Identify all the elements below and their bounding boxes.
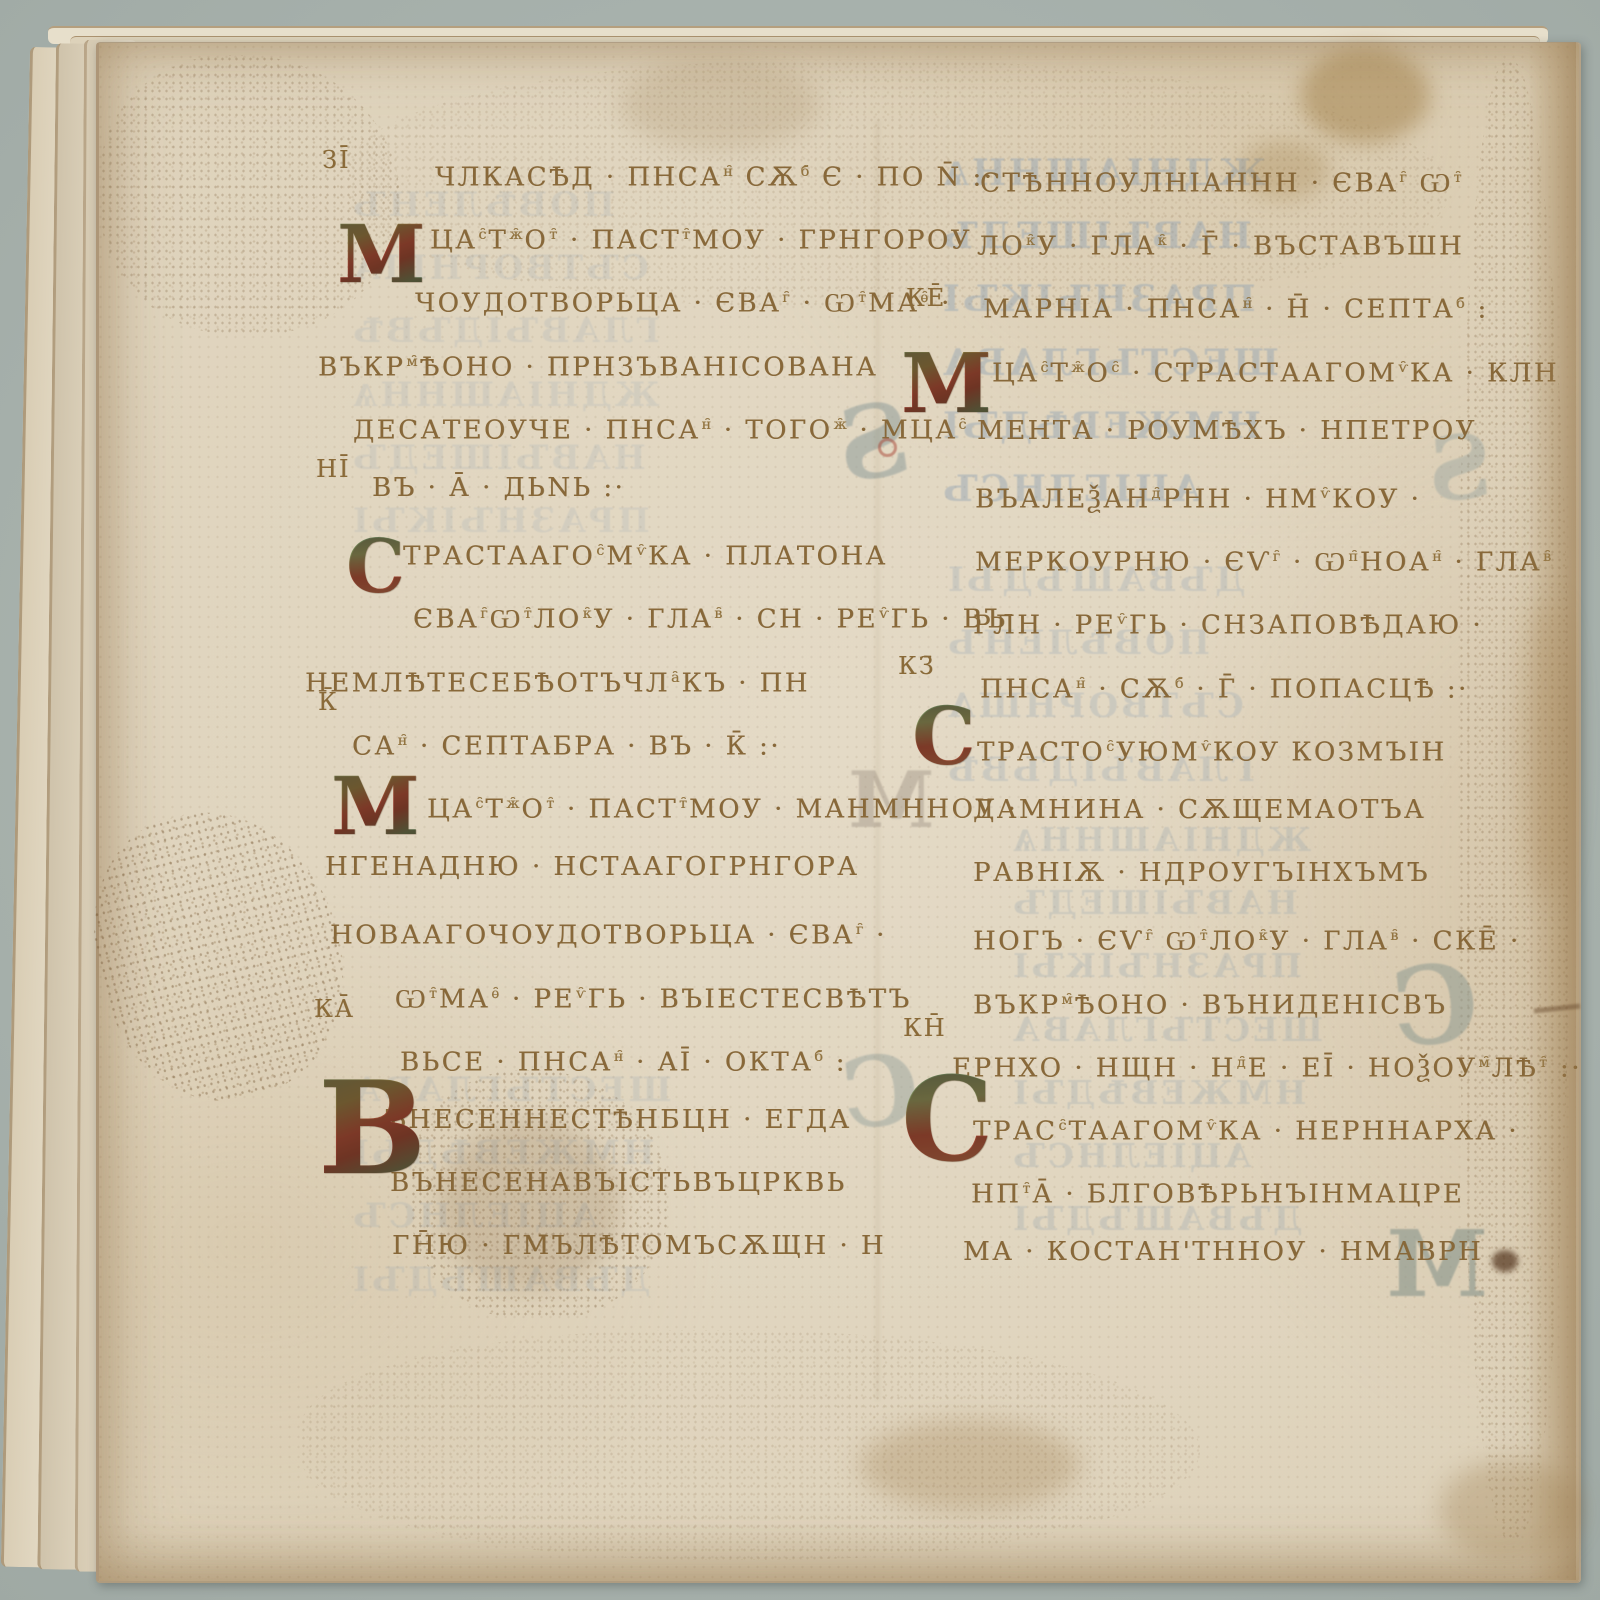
- superscript-letter: с̑: [475, 796, 484, 812]
- manuscript-text-line: ВЪКРм̑ѢОНО · ВЪНИДЕНІСВЪ: [973, 980, 1447, 1026]
- manuscript-text-line: НОВААГОЧОУДОТВОРЬЦА · ЄВАг̑ ·: [330, 910, 887, 956]
- superscript-letter: ж̑: [833, 417, 847, 433]
- manuscript-text-line: ВЪКРм̑ѢОНО · ПРНЗЪВАНІСОВАНА: [318, 342, 878, 388]
- superscript-letter: в̑: [714, 606, 723, 622]
- margin-day-number: НІ̄: [316, 455, 350, 483]
- decorated-initial: С: [901, 1068, 993, 1172]
- page-right-edge-shading: [1528, 42, 1576, 1580]
- manuscript-text-line: ЄВАг̑Ѡт̑ЛОк̑У · ГЛАв̑ · СН · РЕѵ̑ГЬ · ВЪ: [413, 594, 1007, 640]
- manuscript-text-line: ЦАс̑Тж̑От̑ · ПАСТт̑МОУ · МАНМННОУ ·: [427, 784, 1018, 830]
- superscript-letter: ѵ̑: [1206, 1118, 1217, 1134]
- parchment-stain: [1492, 1250, 1518, 1272]
- superscript-letter: ѵ̑: [1398, 360, 1409, 376]
- superscript-letter: б̑: [1175, 676, 1185, 692]
- superscript-letter: м̑: [406, 354, 418, 370]
- superscript-letter: к̑: [1158, 233, 1168, 249]
- manuscript-text-line: МАРНІА · ПНСАн̑ · Н̄ · СЕПТАб̑ :: [983, 284, 1489, 330]
- manuscript-text-line: ТРАСТААГОс̑Мѵ̑КА · ПЛАТОНА: [403, 531, 888, 577]
- decorated-initial: С: [912, 700, 976, 772]
- superscript-letter: н̑: [398, 733, 409, 749]
- superscript-letter: н̑: [1076, 676, 1087, 692]
- superscript-letter: ѵ̑: [1201, 739, 1212, 755]
- superscript-letter: т̑: [858, 290, 867, 306]
- superscript-letter: г̑: [1273, 549, 1282, 565]
- superscript-letter: к̑: [1259, 928, 1269, 944]
- superscript-letter: к̑: [583, 606, 593, 622]
- superscript-letter: б̑: [1456, 296, 1466, 312]
- superscript-letter: д̑: [1237, 1055, 1247, 1071]
- manuscript-text-line: РЛ̄Н · РЕѵ̑ГЬ · СНЗАПОВѢДАЮ ·: [973, 600, 1483, 646]
- superscript-letter: в̑: [1390, 928, 1399, 944]
- superscript-letter: н̑: [1243, 296, 1254, 312]
- superscript-letter: н̑: [1432, 549, 1443, 565]
- superscript-letter: с̑: [596, 543, 605, 559]
- manuscript-text-line: ЧЛКАСѢД · ПНСАн̑ СѪб̑ Є · ПО N̄ :·: [435, 152, 994, 198]
- manuscript-text-line: ДАМНИНА · СѪЩЕМАОТЪА: [973, 790, 1426, 830]
- manuscript-text-line: НЕМЛѢТЕСЕБѢОТЪЧЛа̑КЪ · ПН: [305, 658, 810, 704]
- superscript-letter: т̑: [682, 227, 691, 243]
- superscript-letter: ж̑: [1071, 360, 1085, 376]
- superscript-letter: а̑: [671, 670, 681, 686]
- superscript-letter: т̑: [429, 986, 438, 1002]
- margin-day-number: КЗ̄: [898, 652, 936, 680]
- superscript-letter: д̑: [1152, 486, 1162, 502]
- manuscript-text-line: МА · КОСТАН'ТННОУ · НМАВРН: [963, 1232, 1483, 1272]
- manuscript-text-line: ЦАс̑Тж̑Ос̑ · СТРАСТААГОМѵ̑КА · КЛН: [992, 348, 1559, 394]
- manuscript-text-line: ВЬСЕ · ПНСАн̑ · АІ̄ · ОКТАб̑ :: [400, 1037, 847, 1083]
- superscript-letter: м̑: [1061, 992, 1073, 1008]
- superscript-letter: ж̑: [506, 796, 520, 812]
- superscript-letter: г̑: [480, 606, 489, 622]
- superscript-letter: г̑: [1399, 170, 1408, 186]
- superscript-letter: т̑: [549, 227, 558, 243]
- decorated-initial: В: [318, 1072, 426, 1187]
- manuscript-text-line: ЛОк̑У · ГЛАк̑ · Г̄ · ВЪСТАВЪШН: [977, 221, 1464, 267]
- superscript-letter: ѵ̑: [1320, 486, 1331, 502]
- superscript-letter: б̑: [801, 164, 811, 180]
- manuscript-text-line: ВЪ · А̄ · ДЬNЬ :·: [372, 468, 625, 508]
- manuscript-text-line: СТѢННОУЛНІАННН · ЄВАг̑ Ѡт̑: [980, 158, 1464, 204]
- manuscript-text-line: ТРАСс̑ТААГОМѵ̑КА · НЕРННАРХА ·: [973, 1106, 1519, 1152]
- superscript-letter: ѵ̑: [879, 606, 890, 622]
- superscript-letter: т̑: [546, 796, 555, 812]
- superscript-letter: с̑: [478, 227, 487, 243]
- decorated-initial: С: [346, 534, 405, 601]
- superscript-letter: г̑: [1145, 928, 1154, 944]
- parchment-stain: [1300, 48, 1430, 143]
- superscript-letter: т̑: [1022, 1181, 1031, 1197]
- margin-day-number: КН̄: [903, 1014, 947, 1042]
- manuscript-text-line: ДЕСАТЕОУЧЕ · ПНСАн̑ · ТОГОж̑ · МЦАс̑: [353, 405, 968, 451]
- bleed-through-red-dot: [878, 438, 897, 457]
- superscript-letter: н̑: [614, 1049, 625, 1065]
- superscript-letter: т̑: [1200, 928, 1209, 944]
- manuscript-text-line: ТРАСТОс̑УЮМѵ̑КОУ КОЗМЪІН: [977, 727, 1447, 773]
- photo-backdrop: ЖДНІАШННѦНАВЪІШЕДЪПРАЗНЪІКЪІШЕСТЪГЛАВАНМ…: [0, 0, 1600, 1600]
- superscript-letter: с̑: [1111, 360, 1120, 376]
- manuscript-text-line: ЪНЕСЕННЕСТѢНБЦН · ЕГДА: [385, 1100, 852, 1140]
- superscript-letter: н̑: [701, 417, 712, 433]
- manuscript-text-line: ЕРНХО · НЩН · Нд̑Е · ЕІ̄ · НОѮОУм̑ЛѢт̑ :…: [952, 1043, 1582, 1089]
- margin-day-number: КА̄: [314, 995, 355, 1023]
- superscript-letter: ѵ̑: [636, 543, 647, 559]
- superscript-letter: б̑: [814, 1049, 824, 1065]
- superscript-letter: ѵ̑: [1117, 612, 1128, 628]
- margin-day-number: К̄: [318, 688, 339, 716]
- superscript-letter: г̑: [856, 922, 865, 938]
- superscript-letter: п̑: [1348, 549, 1359, 565]
- superscript-letter: с̑: [1040, 360, 1049, 376]
- superscript-letter: с̑: [1106, 739, 1115, 755]
- manuscript-text-line: ПНСАн̑ · СѪб̑ · Г̄ · ПОПАСЦѢ :·: [980, 664, 1469, 710]
- manuscript-text-line: РАВНІѪ · НДРОУГЪІНХЪМЪ: [973, 853, 1430, 893]
- manuscript-text-line: ВЪНЕСЕНАВЪІСТЬВЪЦРКВЬ: [390, 1163, 847, 1203]
- superscript-letter: ж̑: [509, 227, 523, 243]
- manuscript-text-line: МЕРКОУРНЮ · ЄѴг̑ · Ѡп̑НОАн̑ · ГЛАв̑: [975, 537, 1553, 583]
- superscript-letter: т̑: [679, 796, 688, 812]
- manuscript-text-line: НОГЪ · ЄѴг̑ Ѡт̑ЛОк̑У · ГЛАв̑ · СКЕ̄ ·: [973, 916, 1521, 962]
- margin-day-number: КЕ̄: [906, 284, 946, 312]
- superscript-letter: с̑: [1058, 1118, 1067, 1134]
- manuscript-text-line: ЧОУДОТВОРЬЦА · ЄВАг̑ · Ѡт̑МАѳ̑ ·: [415, 278, 952, 324]
- parchment-stain: [860, 1420, 1080, 1510]
- superscript-letter: н̑: [723, 164, 734, 180]
- margin-day-number: ЗІ̄: [322, 146, 350, 174]
- manuscript-text-line: Ѡт̑МАѳ̑ · РЕѵ̑ГЬ · ВЪІЕСТЕСВѢТЪ: [395, 974, 912, 1020]
- decorated-initial: М: [331, 770, 420, 842]
- manuscript-text-line: ВЪАЛЕѮАНд̑РНН · НМѵ̑КОУ ·: [975, 474, 1421, 520]
- superscript-letter: м̑: [1479, 1055, 1491, 1071]
- manuscript-text-line: НПт̑А̄ · БЛГОВѢРЬНЪІНМАЦРЕ: [971, 1169, 1464, 1215]
- manuscript-text-line: ГН̄Ю · ГМ̄ЪЛѢТОМЪСѪЩН · Н: [392, 1226, 886, 1266]
- superscript-letter: ѵ̑: [576, 986, 587, 1002]
- decorated-initial: М: [337, 218, 426, 290]
- superscript-letter: т̑: [1454, 170, 1463, 186]
- superscript-letter: ѳ̑: [491, 986, 500, 1002]
- manuscript-text-line: ЦАс̑Тж̑От̑ · ПАСТт̑МОУ · ГРНГОРОУ: [430, 215, 972, 261]
- superscript-letter: к̑: [1026, 233, 1036, 249]
- superscript-letter: г̑: [782, 290, 791, 306]
- superscript-letter: т̑: [524, 606, 533, 622]
- manuscript-text-line: НГЕНАДНЮ · НСТААГОГРНГОРА: [325, 847, 859, 887]
- manuscript-text-line: МЕНТА · РОУМѢХЪ · НПЕТРОУ: [977, 411, 1477, 451]
- parchment-stain: [620, 60, 820, 150]
- decorated-initial: М: [901, 348, 992, 422]
